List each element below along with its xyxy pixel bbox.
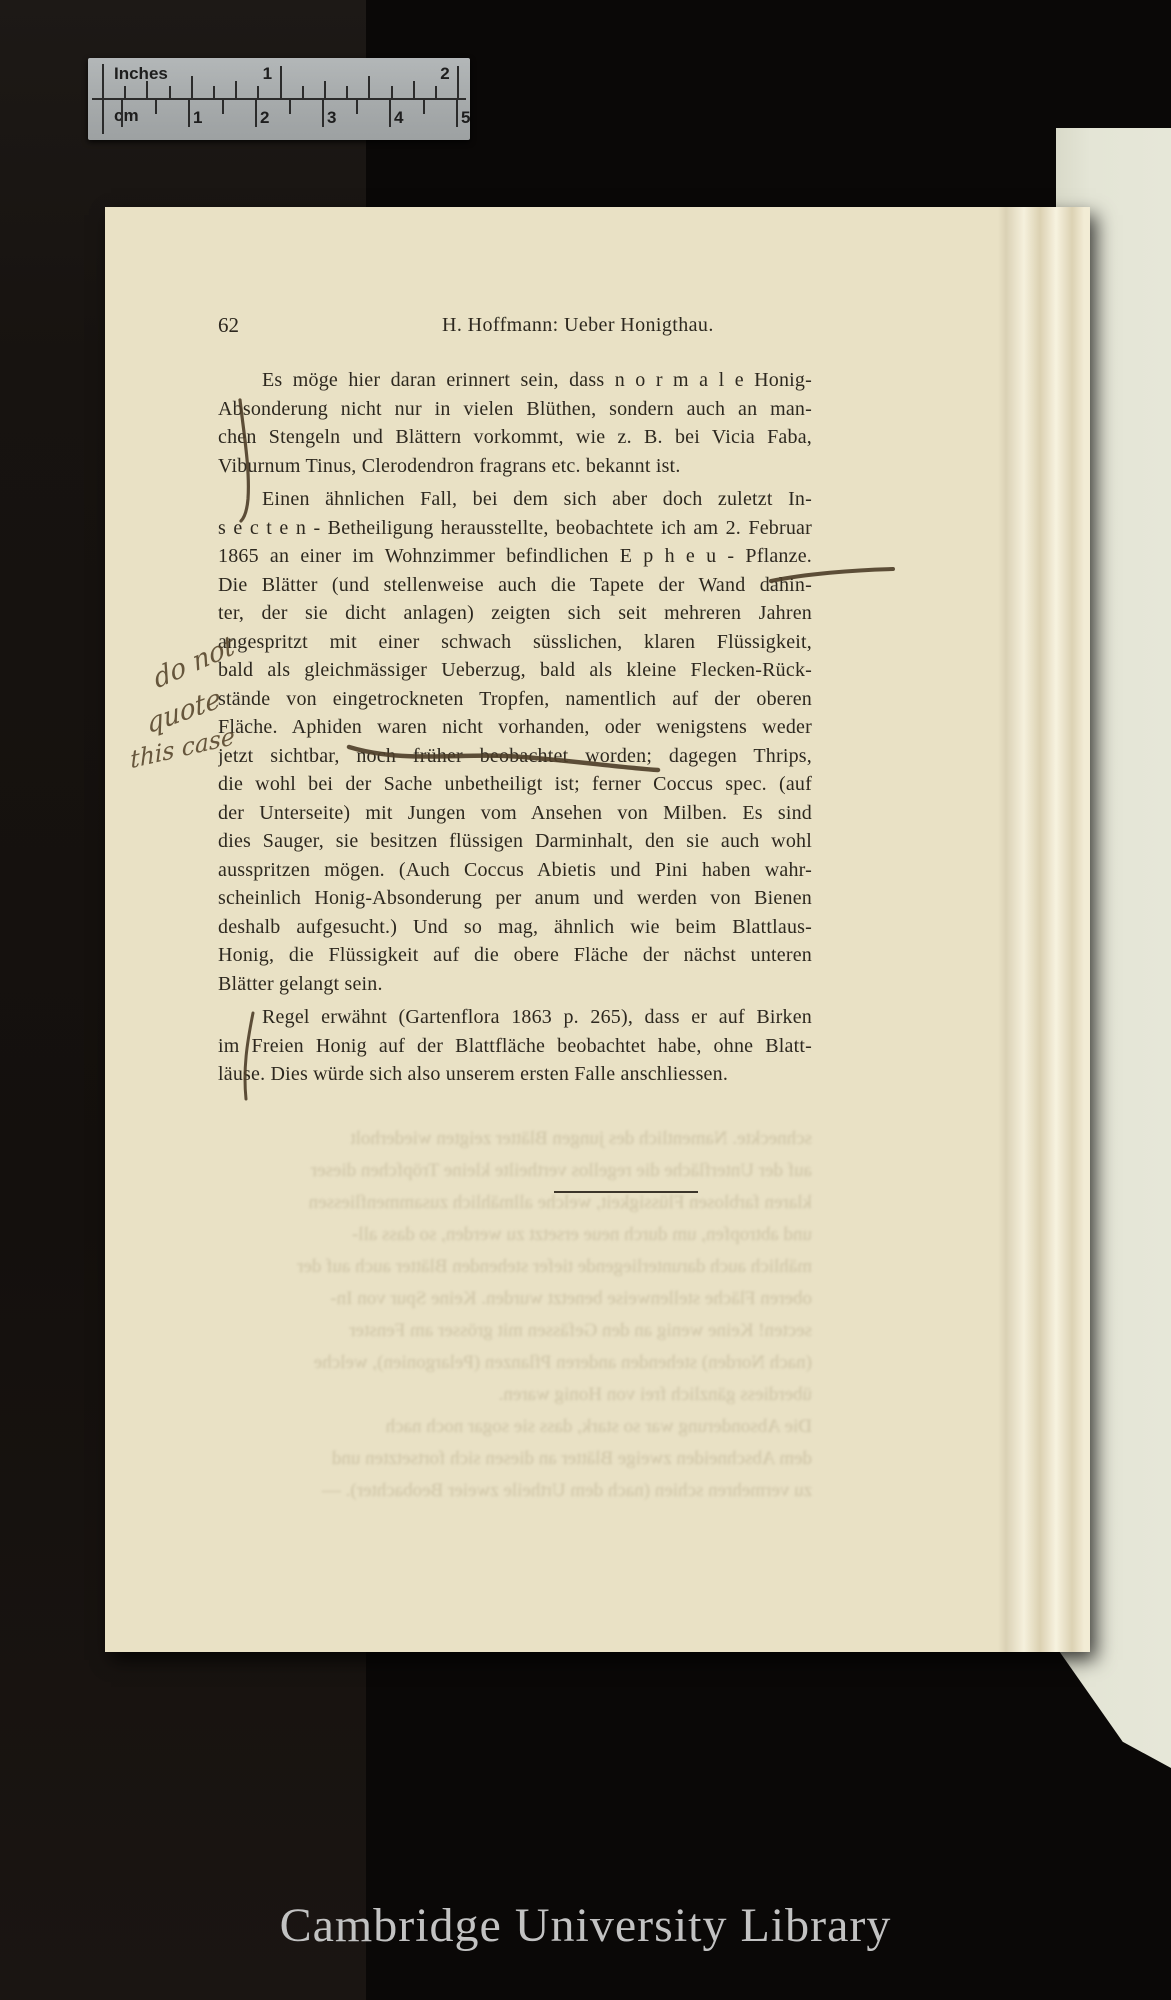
section-divider-rule <box>554 1191 698 1193</box>
ruler-inch-tick <box>257 86 259 98</box>
bleedthrough-line: überdiess gänzlich frei von Honig waren. <box>218 1379 812 1411</box>
ruler-cm-number: 2 <box>260 108 269 128</box>
scanned-book-page: schneckte. Namentlich des jungen Blätter… <box>105 207 1090 1652</box>
ruler-inch-tick <box>213 86 215 98</box>
text-line: stände von eingetrockneten Tropfen, name… <box>218 685 812 714</box>
text-line: ter, der sie dicht anlagen) zeigten sich… <box>218 599 812 628</box>
page-number: 62 <box>218 313 239 338</box>
ruler-cm-zero-tick <box>121 100 123 127</box>
ruler-inch-tick <box>146 81 148 98</box>
paragraph: Regel erwähnt (Gartenflora 1863 p. 265),… <box>218 1003 812 1089</box>
text-line: Fläche. Aphiden waren nicht vorhanden, o… <box>218 713 812 742</box>
page-fold-edge <box>998 207 1090 1652</box>
ruler-inch-number: 2 <box>440 64 449 84</box>
text-block: Es möge hier daran erinnert sein, dass n… <box>218 366 812 1094</box>
text-line: läuse. Dies würde sich also unserem erst… <box>218 1060 812 1089</box>
text-line: Die Blätter (und stellenweise auch die T… <box>218 571 812 600</box>
bleedthrough-line: oberen Fläche stellenweise benetzt wurde… <box>218 1283 812 1315</box>
ruler-inch-tick <box>435 86 437 98</box>
text-line: angespritzt mit einer schwach süsslichen… <box>218 628 812 657</box>
text-line: Honig, die Flüssigkeit auf die obere Flä… <box>218 941 812 970</box>
text-line: Regel erwähnt (Gartenflora 1863 p. 265),… <box>218 1003 812 1032</box>
ruler-cm-number: 5 <box>461 108 470 128</box>
bleedthrough-line: schneckte. Namentlich des jungen Blätter… <box>218 1123 812 1155</box>
ruler-inch-tick <box>368 76 370 98</box>
text-line: ausspritzen mögen. (Auch Coccus Abietis … <box>218 856 812 885</box>
bleedthrough-line: (nach Norden) stehenden anderen Pflanzen… <box>218 1347 812 1379</box>
ruler-inch-tick <box>124 86 126 98</box>
text-line: s e c t e n - Betheiligung herausstellte… <box>218 514 812 543</box>
ruler-inch-tick <box>346 86 348 98</box>
ruler-cm-tick <box>423 100 425 114</box>
text-line: Blätter gelangt sein. <box>218 970 812 999</box>
text-line: chen Stengeln und Blättern vorkommt, wie… <box>218 423 812 452</box>
ruler-inch-tick <box>302 86 304 98</box>
paragraph: Es möge hier daran erinnert sein, dass n… <box>218 366 812 480</box>
text-line: der Unterseite) mit Jungen vom Ansehen v… <box>218 799 812 828</box>
ruler-inch-tick <box>280 66 282 98</box>
ruler-cm-label: cm <box>114 106 139 126</box>
text-line: im Freien Honig auf der Blattfläche beob… <box>218 1032 812 1061</box>
ruler-inch-tick <box>457 66 459 98</box>
ruler-midline <box>92 98 466 100</box>
text-line: dies Sauger, sie besitzen flüssigen Darm… <box>218 827 812 856</box>
text-line: Es möge hier daran erinnert sein, dass n… <box>218 366 812 395</box>
ruler-cm-tick <box>155 100 157 114</box>
ruler-cm-number: 3 <box>327 108 336 128</box>
bleedthrough-line: secten! Keine wenig an den Gefässen mit … <box>218 1315 812 1347</box>
text-line: Einen ähnlichen Fall, bei dem sich aber … <box>218 485 812 514</box>
ruler-cm-number: 4 <box>394 108 403 128</box>
ruler-cm-tick <box>356 100 358 114</box>
bleedthrough-line: klaren farblosen Flüssigkeit, welche all… <box>218 1187 812 1219</box>
ruler-inch-tick <box>413 81 415 98</box>
bleedthrough-line: dem Abschneiden zweige Blätter an diesen… <box>218 1443 812 1475</box>
ruler-cm-tick <box>389 100 391 127</box>
ruler-cm-tick <box>456 100 458 127</box>
ruler-inch-tick <box>235 81 237 98</box>
ruler-inch-number: 1 <box>263 64 272 84</box>
ruler-zero-tick <box>102 64 104 134</box>
text-line: scheinlich Honig-Absonderung per anum un… <box>218 884 812 913</box>
running-title: H. Hoffmann: Ueber Honigthau. <box>442 314 714 337</box>
text-line: Absonderung nicht nur in vielen Blüthen,… <box>218 395 812 424</box>
text-line: 1865 an einer im Wohnzimmer befindlichen… <box>218 542 812 571</box>
ruler-cm-tick <box>322 100 324 127</box>
text-line: Viburnum Tinus, Clerodendron fragrans et… <box>218 452 812 481</box>
text-line: die wohl bei der Sache unbetheiligt ist;… <box>218 770 812 799</box>
library-watermark: Cambridge University Library <box>0 1898 1171 1953</box>
ruler-cm-tick <box>222 100 224 114</box>
bleedthrough-line: Die Absonderung war so stark, dass sie s… <box>218 1411 812 1443</box>
ruler-inches-label: Inches <box>114 64 168 84</box>
bleedthrough-line: mählich auch darunterliegende tiefer ste… <box>218 1251 812 1283</box>
text-line: deshalb aufgesucht.) Und so mag, ähnlich… <box>218 913 812 942</box>
bleedthrough-text: schneckte. Namentlich des jungen Blätter… <box>218 1123 812 1507</box>
ruler-inch-tick <box>191 76 193 98</box>
bleedthrough-line: zu vermehren schien (nach dem Urtheile z… <box>218 1475 812 1507</box>
ruler-inch-tick <box>324 81 326 98</box>
text-line: bald als gleichmässiger Ueberzug, bald a… <box>218 656 812 685</box>
ruler-inch-tick <box>391 86 393 98</box>
bleedthrough-line: und abtropfen, um durch neue ersetzt zu … <box>218 1219 812 1251</box>
text-line: jetzt sichtbar, noch früher beobachtet w… <box>218 742 812 771</box>
ruler-inch-tick <box>169 86 171 98</box>
paragraph: Einen ähnlichen Fall, bei dem sich aber … <box>218 485 812 998</box>
ruler-cm-tick <box>289 100 291 114</box>
page-header: 62 H. Hoffmann: Ueber Honigthau. <box>218 313 810 339</box>
library-scan-scene: Inches cm 1212345 schneckte. Namentlich … <box>0 0 1171 2000</box>
ruler-cm-tick <box>188 100 190 127</box>
bleedthrough-line: auf der Unterfläche die regellos verthei… <box>218 1155 812 1187</box>
ruler-cm-number: 1 <box>193 108 202 128</box>
measurement-ruler: Inches cm 1212345 <box>88 58 470 140</box>
ruler-cm-tick <box>255 100 257 127</box>
